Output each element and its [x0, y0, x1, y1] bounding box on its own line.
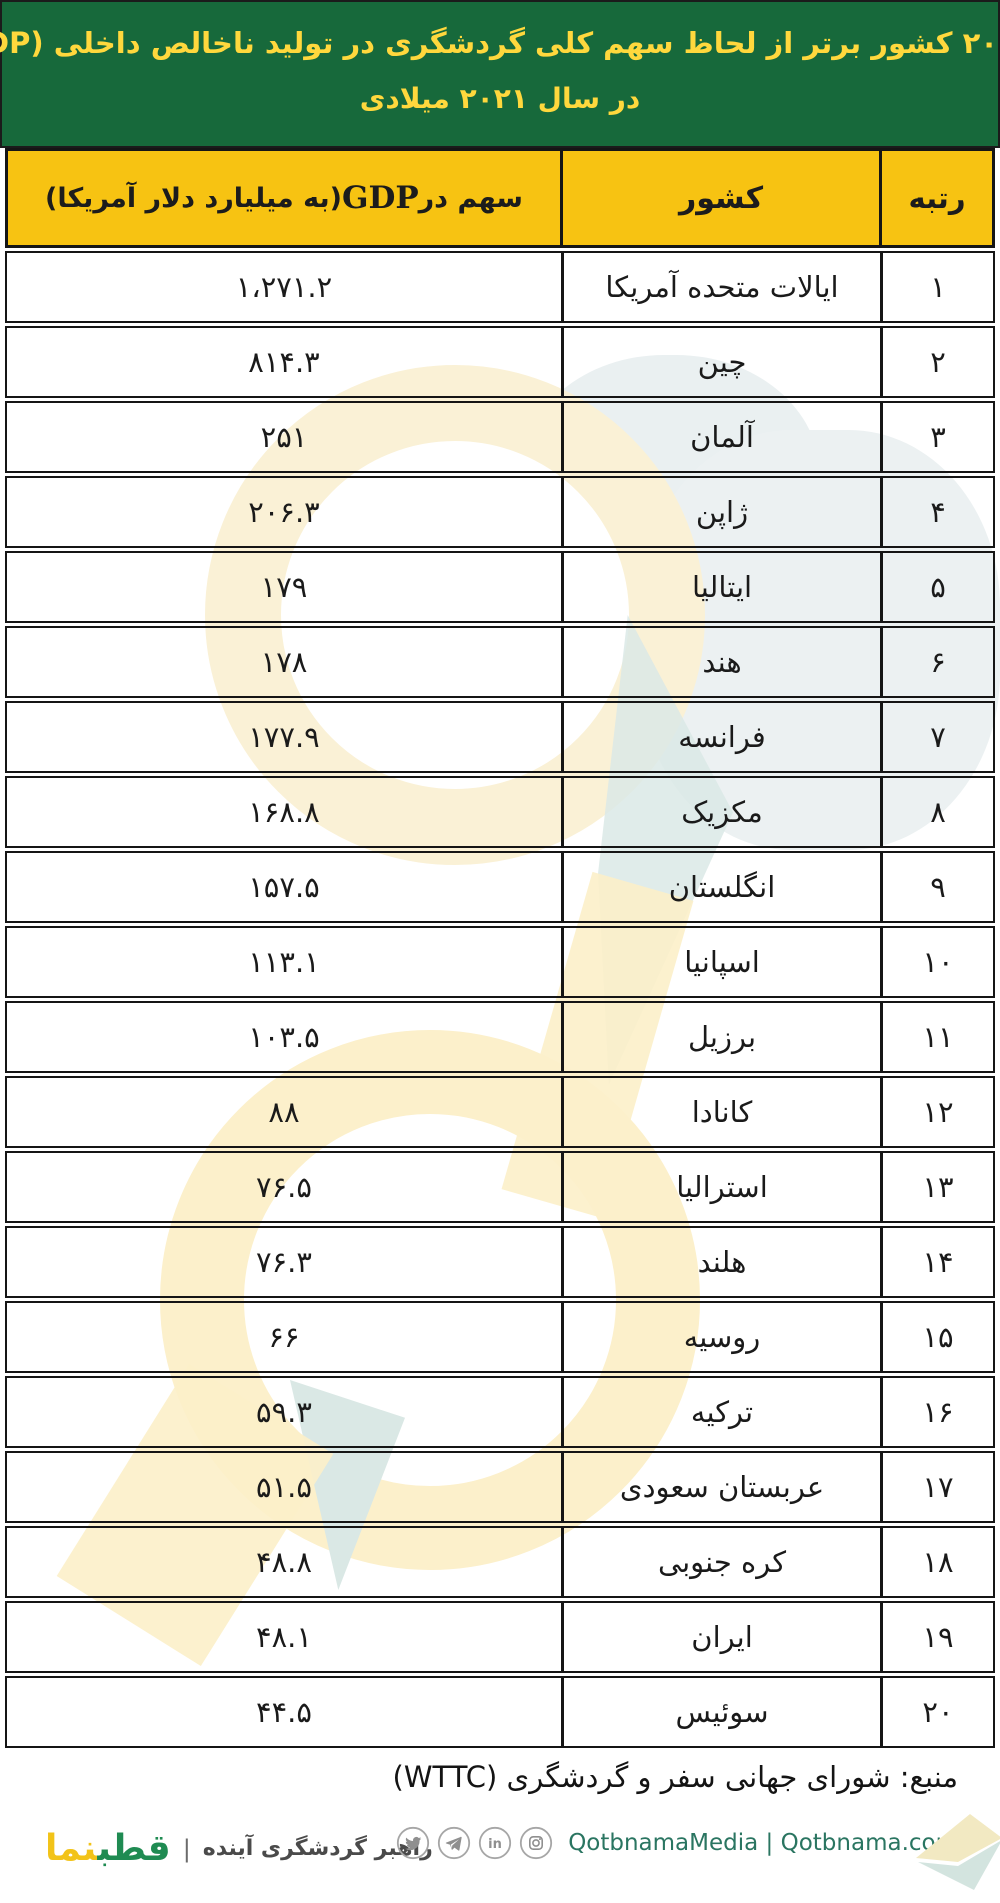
value-cell: ۸۱۴.۳: [7, 328, 564, 396]
table-row: ۱۹ایران۴۸.۱: [5, 1601, 995, 1673]
country-cell: ایالات متحده آمریکا: [564, 253, 883, 321]
table-row: ۱۰اسپانیا۱۱۳.۱: [5, 926, 995, 998]
value-cell: ۱۰۳.۵: [7, 1003, 564, 1071]
rank-cell: ۱: [883, 253, 993, 321]
value-cell: ۴۸.۱: [7, 1603, 564, 1671]
value-cell: ۱۷۷.۹: [7, 703, 564, 771]
table-row: ۲چین۸۱۴.۳: [5, 326, 995, 398]
rank-cell: ۱۱: [883, 1003, 993, 1071]
table-row: ۱۸کره جنوبی۴۸.۸: [5, 1526, 995, 1598]
country-cell: ژاپن: [564, 478, 883, 546]
country-cell: آلمان: [564, 403, 883, 471]
value-cell: ۸۸: [7, 1078, 564, 1146]
brand-block: قطبنما | راهبر گردشگری آینده: [45, 1828, 433, 1869]
value-cell: ۱۶۸.۸: [7, 778, 564, 846]
instagram-icon: [519, 1826, 553, 1860]
rank-cell: ۶: [883, 628, 993, 696]
country-cell: برزیل: [564, 1003, 883, 1071]
title-line-1: ۲۰ کشور برتر از لحاظ سهم کلی گردشگری در …: [2, 2, 998, 60]
rank-cell: ۴: [883, 478, 993, 546]
value-cell: ۴۸.۸: [7, 1528, 564, 1596]
country-cell: ایتالیا: [564, 553, 883, 621]
country-cell: فرانسه: [564, 703, 883, 771]
table-row: ۹انگلستان۱۵۷.۵: [5, 851, 995, 923]
logo-text-green: قطب: [97, 1828, 170, 1869]
value-cell: ۱۷۹: [7, 553, 564, 621]
value-cell: ۲۰۶.۳: [7, 478, 564, 546]
value-cell: ۱۱۳.۱: [7, 928, 564, 996]
country-cell: استرالیا: [564, 1153, 883, 1221]
country-cell: مکزیک: [564, 778, 883, 846]
country-cell: کانادا: [564, 1078, 883, 1146]
country-cell: کره جنوبی: [564, 1528, 883, 1596]
country-cell: ایران: [564, 1603, 883, 1671]
twitter-icon: [396, 1826, 430, 1860]
table-row: ۱۱برزیل۱۰۳.۵: [5, 1001, 995, 1073]
table-row: ۲۰سوئیس۴۴.۵: [5, 1676, 995, 1748]
value-cell: ۷۶.۵: [7, 1153, 564, 1221]
table-row: ۳آلمان۲۵۱: [5, 401, 995, 473]
header-value: سهم در GDP (به میلیارد دلار آمریکا): [8, 151, 563, 245]
social-handle-text: QotbnamaMedia | Qotbnama.com: [568, 1830, 958, 1856]
telegram-icon: [437, 1826, 471, 1860]
rank-cell: ۸: [883, 778, 993, 846]
table-row: ۴ژاپن۲۰۶.۳: [5, 476, 995, 548]
header-value-pre: سهم در: [419, 183, 523, 214]
value-cell: ۲۵۱: [7, 403, 564, 471]
header-rank: رتبه: [882, 151, 992, 245]
country-cell: هلند: [564, 1228, 883, 1296]
logo-text-yellow: نما: [45, 1828, 97, 1869]
value-cell: ۶۶: [7, 1303, 564, 1371]
value-cell: ۱۷۸: [7, 628, 564, 696]
footer: قطبنما | راهبر گردشگری آینده in Qotbnama…: [0, 1806, 1000, 1903]
table-row: ۱۷عربستان سعودی۵۱.۵: [5, 1451, 995, 1523]
rank-cell: ۵: [883, 553, 993, 621]
table-row: ۱۶ترکیه۵۹.۳: [5, 1376, 995, 1448]
table-row: ۶هند۱۷۸: [5, 626, 995, 698]
brand-separator: |: [183, 1835, 191, 1863]
table-header-row: رتبه کشور سهم در GDP (به میلیارد دلار آم…: [5, 148, 995, 248]
header-country: کشور: [563, 151, 882, 245]
source-note: منبع: شورای جهانی سفر و گردشگری (WTTC): [0, 1748, 1000, 1806]
country-cell: چین: [564, 328, 883, 396]
value-cell: ۷۶.۳: [7, 1228, 564, 1296]
svg-text:in: in: [488, 1837, 502, 1852]
value-cell: ۵۹.۳: [7, 1378, 564, 1446]
table-row: ۱۳استرالیا۷۶.۵: [5, 1151, 995, 1223]
table-row: ۱ایالات متحده آمریکا۱،۲۷۱.۲: [5, 251, 995, 323]
header-value-gdp: GDP: [342, 180, 419, 216]
country-cell: اسپانیا: [564, 928, 883, 996]
header-value-post: (به میلیارد دلار آمریکا): [45, 183, 342, 214]
rank-cell: ۳: [883, 403, 993, 471]
rank-cell: ۲۰: [883, 1678, 993, 1746]
table-row: ۱۵روسیه۶۶: [5, 1301, 995, 1373]
corner-compass-decoration: [912, 1810, 1000, 1892]
gdp-tourism-table: رتبه کشور سهم در GDP (به میلیارد دلار آم…: [5, 148, 995, 1748]
title-line-2: در سال ۲۰۲۱ میلادی: [2, 60, 998, 115]
value-cell: ۱،۲۷۱.۲: [7, 253, 564, 321]
table-row: ۱۲کانادا۸۸: [5, 1076, 995, 1148]
rank-cell: ۱۷: [883, 1453, 993, 1521]
value-cell: ۵۱.۵: [7, 1453, 564, 1521]
title-banner: ۲۰ کشور برتر از لحاظ سهم کلی گردشگری در …: [0, 0, 1000, 148]
country-cell: سوئیس: [564, 1678, 883, 1746]
value-cell: ۴۴.۵: [7, 1678, 564, 1746]
rank-cell: ۹: [883, 853, 993, 921]
rank-cell: ۷: [883, 703, 993, 771]
value-cell: ۱۵۷.۵: [7, 853, 564, 921]
rank-cell: ۱۶: [883, 1378, 993, 1446]
rank-cell: ۱۸: [883, 1528, 993, 1596]
country-cell: عربستان سعودی: [564, 1453, 883, 1521]
rank-cell: ۲: [883, 328, 993, 396]
rank-cell: ۱۳: [883, 1153, 993, 1221]
rank-cell: ۱۲: [883, 1078, 993, 1146]
social-block: in QotbnamaMedia | Qotbnama.com: [396, 1826, 958, 1860]
country-cell: ترکیه: [564, 1378, 883, 1446]
linkedin-icon: in: [478, 1826, 512, 1860]
table-row: ۷فرانسه۱۷۷.۹: [5, 701, 995, 773]
country-cell: روسیه: [564, 1303, 883, 1371]
rank-cell: ۱۹: [883, 1603, 993, 1671]
country-cell: انگلستان: [564, 853, 883, 921]
rank-cell: ۱۰: [883, 928, 993, 996]
qotbnama-logo: قطبنما: [45, 1828, 171, 1869]
rank-cell: ۱۴: [883, 1228, 993, 1296]
rank-cell: ۱۵: [883, 1303, 993, 1371]
table-row: ۸مکزیک۱۶۸.۸: [5, 776, 995, 848]
table-row: ۱۴هلند۷۶.۳: [5, 1226, 995, 1298]
table-row: ۵ایتالیا۱۷۹: [5, 551, 995, 623]
country-cell: هند: [564, 628, 883, 696]
